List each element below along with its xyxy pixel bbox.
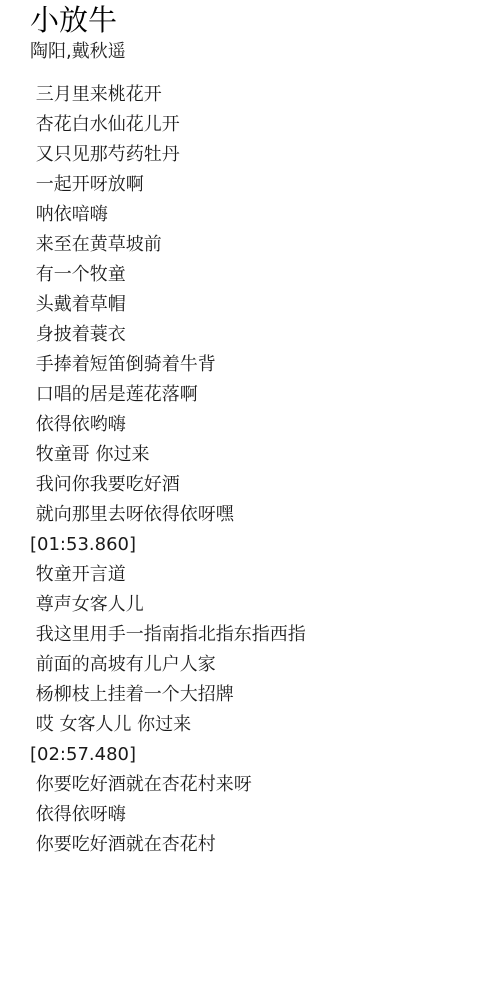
lyric-line: 你要吃好酒就在杏花村: [30, 830, 500, 860]
lyric-line: 口唱的居是莲花落啊: [30, 380, 500, 410]
lyric-line: 我这里用手一指南指北指东指西指: [30, 620, 500, 650]
song-artist: 陶阳,戴秋遥: [30, 40, 500, 64]
lyric-line: 我问你我要吃好酒: [30, 470, 500, 500]
lyric-line: 你要吃好酒就在杏花村来呀: [30, 770, 500, 800]
timestamp-line: [01:53.860]: [30, 530, 500, 560]
timestamp-line: [02:57.480]: [30, 740, 500, 770]
lyric-line: 杏花白水仙花儿开: [30, 110, 500, 140]
lyric-line: 就向那里去呀依得依呀嘿: [30, 500, 500, 530]
lyric-line: 牧童开言道: [30, 560, 500, 590]
lyric-line: 有一个牧童: [30, 260, 500, 290]
lyric-line: 呐依喑嗨: [30, 200, 500, 230]
lyric-line: 前面的高坡有儿户人家: [30, 650, 500, 680]
lyric-line: 牧童哥 你过来: [30, 440, 500, 470]
lyric-line: 依得依呀嗨: [30, 800, 500, 830]
lyrics-list: 三月里来桃花开 杏花白水仙花儿开 又只见那芍药牡丹 一起开呀放啊 呐依喑嗨 来至…: [30, 80, 500, 860]
lyric-line: 身披着蓑衣: [30, 320, 500, 350]
lyric-line: 尊声女客人儿: [30, 590, 500, 620]
lyric-line: 又只见那芍药牡丹: [30, 140, 500, 170]
lyric-line: 一起开呀放啊: [30, 170, 500, 200]
lyric-line: 头戴着草帽: [30, 290, 500, 320]
song-title: 小放牛: [30, 2, 500, 38]
lyric-line: 哎 女客人儿 你过来: [30, 710, 500, 740]
lyrics-page: 小放牛 陶阳,戴秋遥 三月里来桃花开 杏花白水仙花儿开 又只见那芍药牡丹 一起开…: [30, 0, 500, 860]
lyric-line: 依得依哟嗨: [30, 410, 500, 440]
lyric-line: 手捧着短笛倒骑着牛背: [30, 350, 500, 380]
lyric-line: 三月里来桃花开: [30, 80, 500, 110]
lyric-line: 来至在黄草坡前: [30, 230, 500, 260]
lyric-line: 杨柳枝上挂着一个大招牌: [30, 680, 500, 710]
